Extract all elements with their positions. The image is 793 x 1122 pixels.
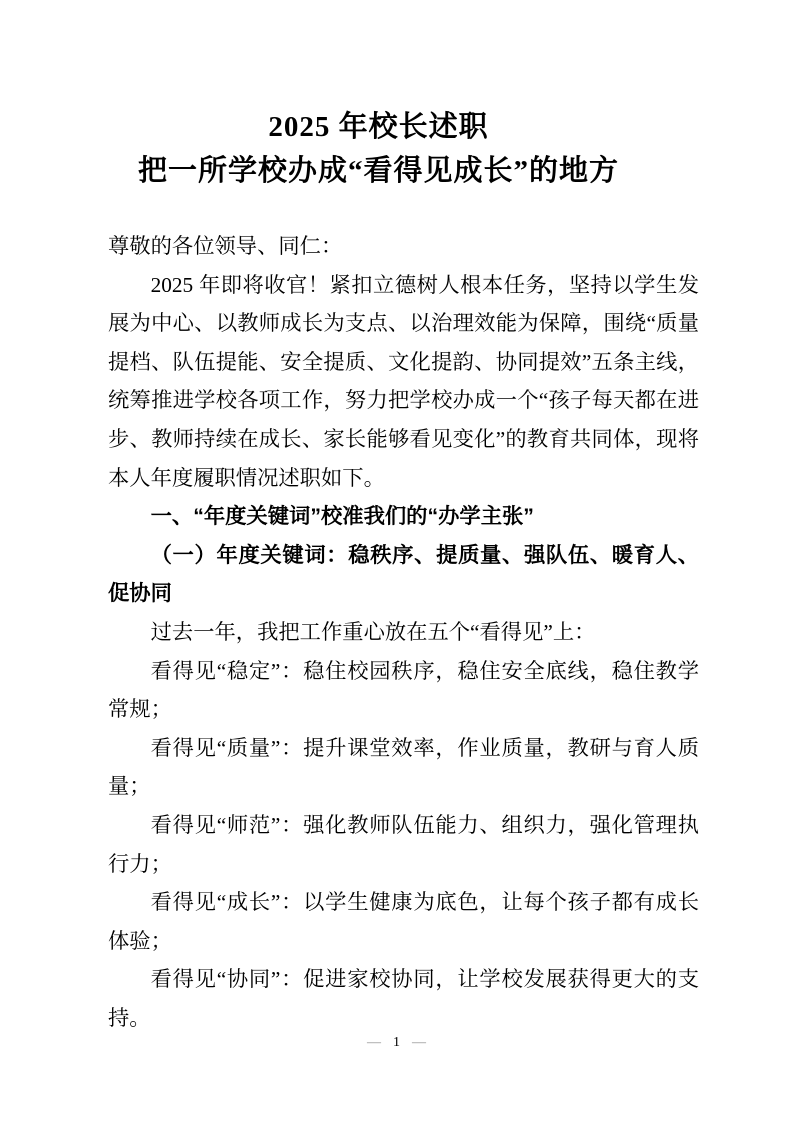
document-page: 2025 年校长述职 把一所学校办成“看得见成长”的地方 尊敬的各位领导、同仁：… [0,0,793,1122]
paragraph-point-quality: 看得见“质量”：提升课堂效率，作业质量，教研与育人质量； [108,729,699,806]
document-title: 2025 年校长述职 把一所学校办成“看得见成长”的地方 [108,105,699,193]
subsection-heading: （一）年度关键词：稳秩序、提质量、强队伍、暖育人、促协同 [108,536,699,613]
title-line-2: 把一所学校办成“看得见成长”的地方 [108,149,649,193]
footer-page-number: 1 [393,1033,400,1053]
greeting: 尊敬的各位领导、同仁： [108,227,699,266]
footer-left-dash: — [367,1035,381,1050]
title-line-1: 2025 年校长述职 [108,105,649,149]
page-footer: —1— [0,1033,793,1053]
section-heading: 一、“年度关键词”校准我们的“办学主张” [108,497,699,536]
document-body: 尊敬的各位领导、同仁： 2025 年即将收官！紧扣立德树人根本任务，坚持以学生发… [108,227,699,1037]
paragraph-lead-in: 过去一年，我把工作重心放在五个“看得见”上： [108,613,699,652]
paragraph-point-stability: 看得见“稳定”：稳住校园秩序，稳住安全底线，稳住教学常规； [108,652,699,729]
footer-right-dash: — [412,1035,426,1050]
paragraph-point-growth: 看得见“成长”：以学生健康为底色，让每个孩子都有成长体验； [108,883,699,960]
paragraph-intro: 2025 年即将收官！紧扣立德树人根本任务，坚持以学生发展为中心、以教师成长为支… [108,266,699,498]
paragraph-point-teachers: 看得见“师范”：强化教师队伍能力、组织力，强化管理执行力； [108,806,699,883]
paragraph-point-synergy: 看得见“协同”：促进家校协同，让学校发展获得更大的支持。 [108,960,699,1037]
